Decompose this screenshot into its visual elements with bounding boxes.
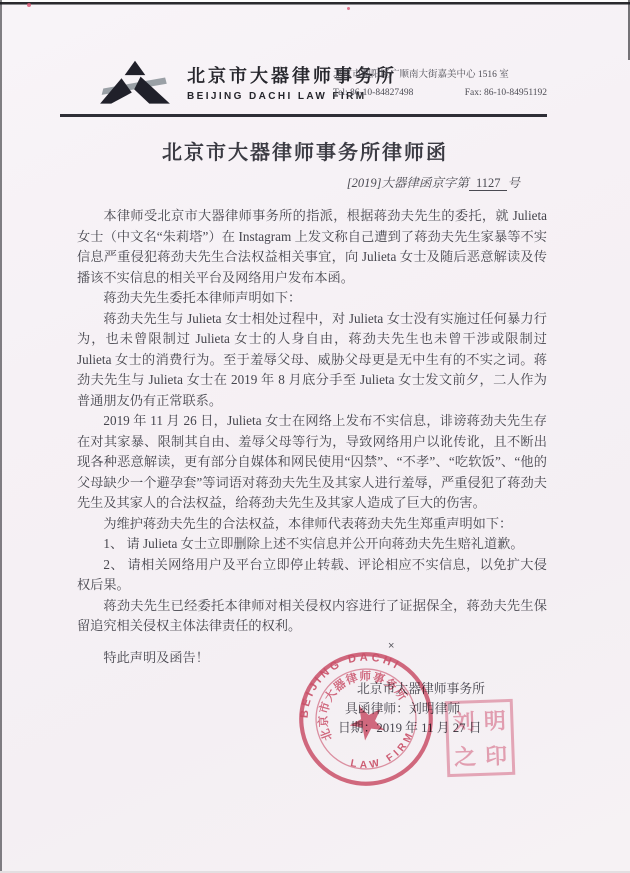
reference-suffix: 号 [507,176,520,190]
demand-item-2: 2、 请相关网络用户及平台立即停止转载、评论相应不实信息，以免扩大侵权后果。 [77,555,547,596]
firm-address: 北京市朝阳区广顺南大街嘉美中心 1516 室 [333,66,547,84]
demand-item-1: 1、 请 Julieta 女士立即删除上述不实信息并公开向蒋劲夫先生赔礼道歉。 [77,534,547,555]
scanned-lawyer-letter: 北京市大器律师事务所 BEIJING DACHI LAW FIRM 北京市朝阳区… [0,0,630,873]
paragraph-evidence: 蒋劲夫先生已经委托本律师对相关侵权内容进行了证据保全，蒋劲夫先生保留追究相关侵权… [77,596,547,637]
round-seal-en-bottom: LAW FIRM [345,726,424,783]
svg-text:LAW FIRM: LAW FIRM [345,726,424,783]
seal-star-icon [344,698,391,744]
firm-fax: Fax: 86-10-84951192 [465,84,547,102]
reference-prefix: [2019]大器律函京字第 [347,176,469,190]
firm-round-seal: BEIJING DACHI LAW FIRM 北京市大器律师事务所 [292,645,440,793]
scan-edge-top [0,0,630,5]
firm-tel: Tel: 86-10-84827498 [333,84,413,102]
scan-speck [347,7,350,10]
seal-char: 明 [479,702,511,738]
seal-char: 刘 [448,703,480,739]
letter-body: 本律师受北京市大器律师事务所的指派，根据蒋劲夫先生的委托，就 Julieta 女… [77,206,547,668]
firm-contact: 北京市朝阳区广顺南大街嘉美中心 1516 室 Tel: 86-10-848274… [333,66,547,102]
lawyer-name-seal: 刘 明 之 印 [445,699,516,777]
firm-logo-icon [95,60,175,106]
seal-char: 之 [449,738,481,774]
paragraph-facts-2: 2019 年 11 月 26 日，Julieta 女士在网络上发布不实信息，诽谤… [77,411,547,514]
scan-speck [27,3,31,7]
seal-char: 印 [480,737,512,773]
reference-number: [2019]大器律函京字第1127号 [77,173,520,191]
paragraph-intro: 本律师受北京市大器律师事务所的指派，根据蒋劲夫先生的委托，就 Julieta 女… [77,206,547,288]
letter-title: 北京市大器律师事务所律师函 [70,136,540,165]
scan-edge-left [0,0,2,873]
letterhead-divider [60,114,547,117]
paragraph-declaration-lead: 为维护蒋劲夫先生的合法权益，本律师代表蒋劲夫先生郑重声明如下： [77,514,547,535]
paragraph-facts-1: 蒋劲夫先生与 Julieta 女士相处过程中，对 Julieta 女士没有实施过… [77,309,547,412]
letterhead: 北京市大器律师事务所 BEIJING DACHI LAW FIRM 北京市朝阳区… [95,60,547,108]
paragraph-statement-lead: 蒋劲夫先生委托本律师声明如下： [77,288,547,309]
reference-serial: 1127 [469,176,508,191]
